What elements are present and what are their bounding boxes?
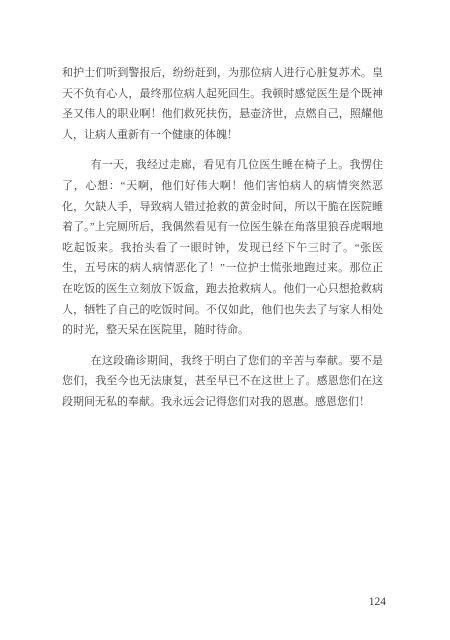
- document-page: 和护士们听到警报后，纷纷赶到，为那位病人进行心脏复苏术。皇天不负有心人，最终那位…: [0, 0, 450, 640]
- page-number: 124: [369, 595, 386, 609]
- paragraph-3: 在这段确诊期间，我终于明白了您们的辛苦与奉献。要不是您们，我至今也无法康复，甚至…: [62, 351, 383, 413]
- text-block: 和护士们听到警报后，纷纷赶到，为那位病人进行心脏复苏术。皇天不负有心人，最终那位…: [62, 63, 383, 413]
- paragraph-1: 和护士们听到警报后，纷纷赶到，为那位病人进行心脏复苏术。皇天不负有心人，最终那位…: [62, 63, 383, 145]
- paragraph-2: 有一天，我经过走廊，看见有几位医生睡在椅子上。我愣住了，心想：“天啊，他们好伟大…: [62, 155, 383, 340]
